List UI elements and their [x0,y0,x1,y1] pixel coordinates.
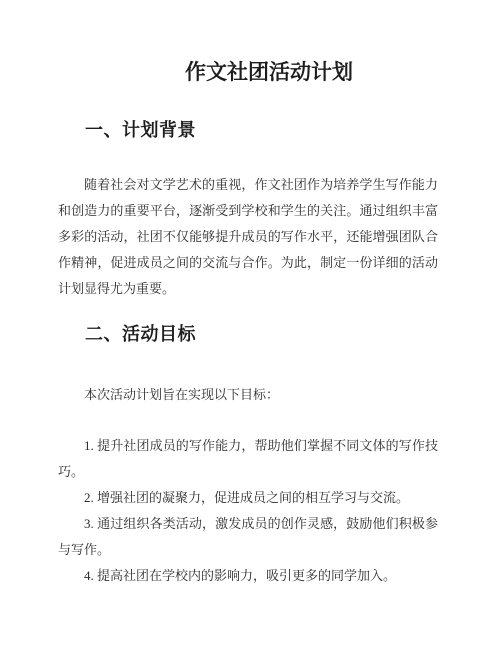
goal-item-3: 3. 通过组织各类活动，激发成员的创作灵感，鼓励他们积极参与写作。 [58,511,438,563]
goal-item-2: 2. 增强社团的凝聚力，促进成员之间的相互学习与交流。 [58,485,438,511]
section-heading-plan-background: 一、计划背景 [85,121,438,139]
section-heading-activity-goals: 二、活动目标 [85,325,438,343]
goal-list: 1. 提升社团成员的写作能力，帮助他们掌握不同文体的写作技巧。 2. 增强社团的… [58,433,438,589]
goals-intro-line: 本次活动计划旨在实现以下目标： [58,382,438,408]
goal-item-1: 1. 提升社团成员的写作能力，帮助他们掌握不同文体的写作技巧。 [58,433,438,485]
plan-background-paragraph: 随着社会对文学艺术的重视，作文社团作为培养学生写作能力和创造力的重要平台，逐渐受… [58,172,438,302]
goal-item-4: 4. 提高社团在学校内的影响力，吸引更多的同学加入。 [58,563,438,589]
document-page: 作文社团活动计划 一、计划背景 随着社会对文学艺术的重视，作文社团作为培养学生写… [0,0,500,647]
document-title: 作文社团活动计划 [58,59,438,87]
